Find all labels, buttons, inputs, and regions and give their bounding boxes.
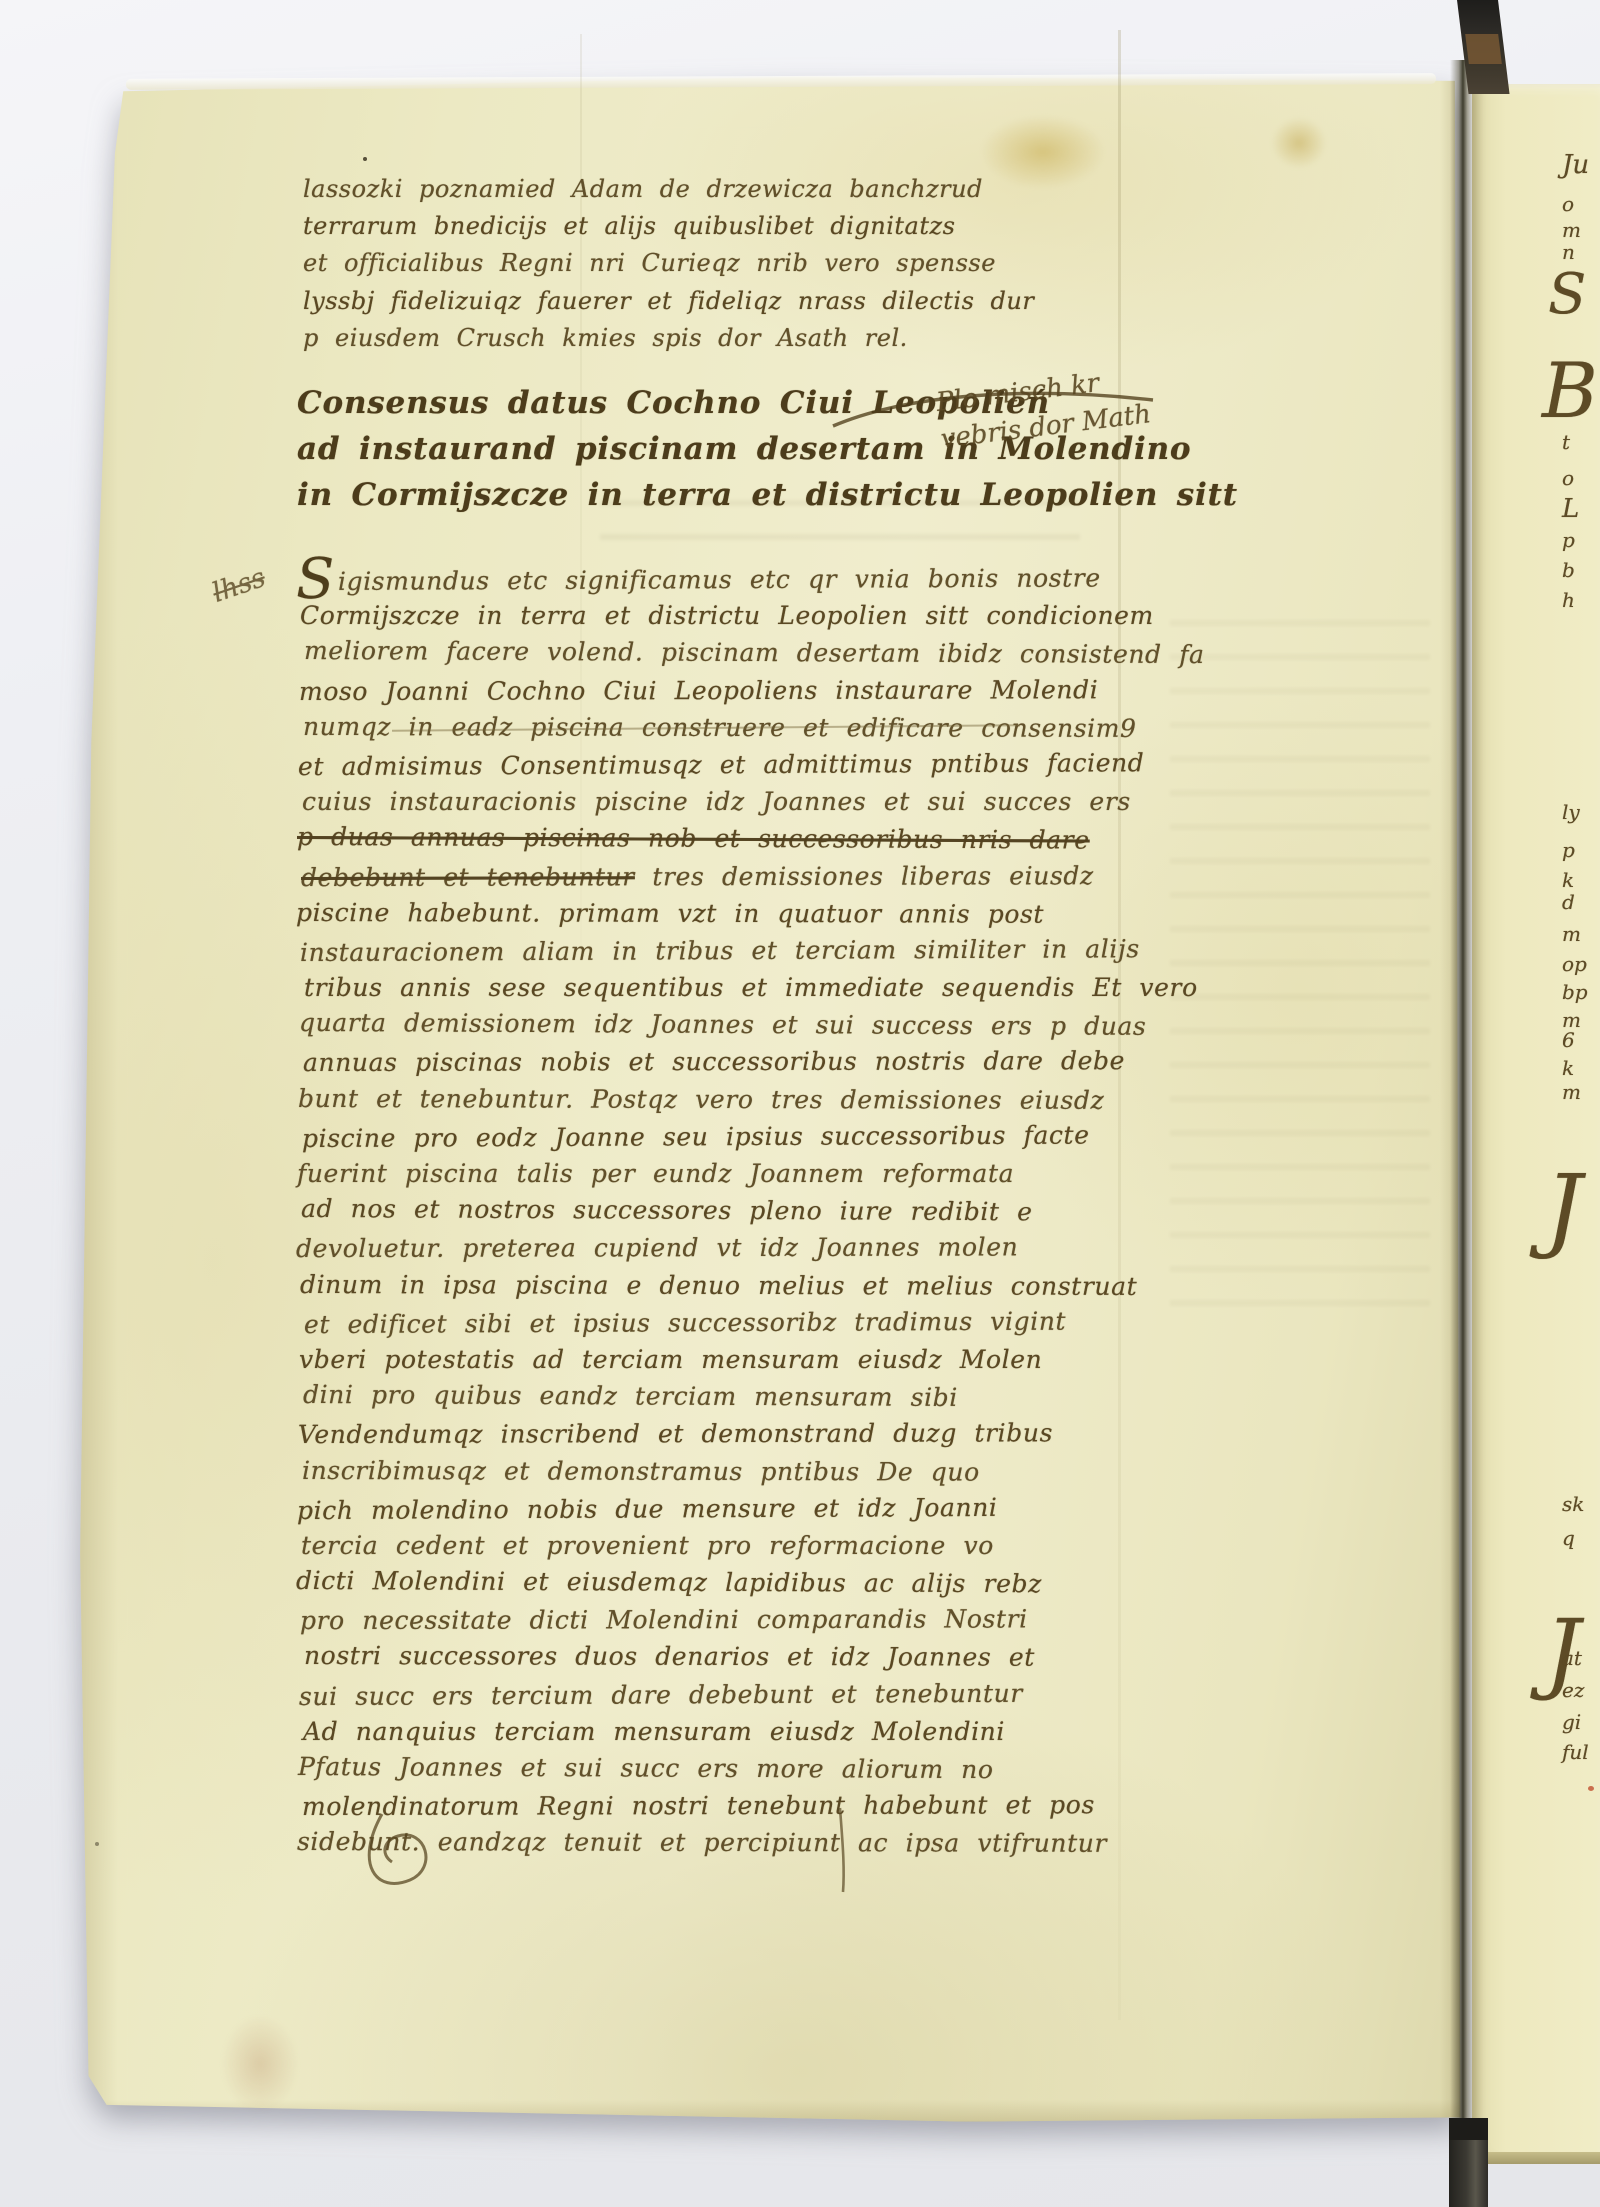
manuscript-line: nostri successores duos denarios et idz … xyxy=(304,1637,1205,1676)
manuscript-line: Pfatus Joannes et sui succ ers more alio… xyxy=(298,1748,1199,1789)
page-edge-text-fragment: 6 xyxy=(1562,1028,1575,1052)
line-text: fuerint piscina talis per eundz Joannem … xyxy=(297,1159,1014,1188)
page-edge-text-fragment: at xyxy=(1562,1646,1582,1670)
line-text: dinum in ipsa piscina e denuo melius et … xyxy=(300,1270,1137,1301)
page-edge-text-fragment: o xyxy=(1562,192,1574,216)
page-edge-text-fragment: ly xyxy=(1562,800,1580,824)
line-text: nostri successores duos denarios et idz … xyxy=(304,1641,1035,1672)
manuscript-line: instauracionem aliam in tribus et tercia… xyxy=(300,930,1201,971)
binding-gutter xyxy=(1450,60,1474,2132)
struck-through-text: p duas annuas piscinas nob et successori… xyxy=(297,822,1090,855)
line-text: piscine pro eodz Joanne seu ipsius succe… xyxy=(302,1120,1090,1153)
page-edge-text-fragment: m xyxy=(1562,922,1581,946)
line-text: et edificet sibi et ipsius successoribz … xyxy=(304,1306,1066,1338)
page-edge-text-fragment: n xyxy=(1562,240,1575,264)
show-through-ghost xyxy=(1170,620,1430,1320)
manuscript-line: Vendendumqz inscribend et demonstrand du… xyxy=(298,1414,1199,1453)
line-text: instauracionem aliam in tribus et tercia… xyxy=(300,934,1140,967)
line-text: bunt et tenebuntur. Postqz vero tres dem… xyxy=(298,1084,1104,1115)
page-edge-text-fragment: B xyxy=(1542,346,1598,435)
manuscript-line: tribus annis sese sequentibus et immedia… xyxy=(304,969,1205,1006)
manuscript-line: Ad nanquius terciam mensuram eiusdz Mole… xyxy=(303,1713,1204,1750)
line-text: sui succ ers tercium dare debebunt et te… xyxy=(299,1678,1023,1710)
manuscript-line: debebunt et tenebuntur tres demissiones … xyxy=(301,856,1202,895)
line-text: vberi potestatis ad terciam mensuram eiu… xyxy=(299,1345,1042,1374)
manuscript-line: vberi potestatis ad terciam mensuram eiu… xyxy=(299,1341,1200,1378)
manuscript-line: p duas annuas piscinas nob et successori… xyxy=(297,818,1198,859)
line-text: dini pro quibus eandz terciam mensuram s… xyxy=(303,1380,958,1412)
page-edge-text-fragment: ez xyxy=(1562,1678,1584,1702)
manuscript-line: inscribimusqz et demonstramus pntibus De… xyxy=(302,1451,1203,1490)
line-text: ad nos et nostros successores pleno iure… xyxy=(301,1194,1033,1226)
page-edge-text-fragment: sk xyxy=(1562,1492,1584,1516)
manuscript-line: tercia cedent et provenient pro reformac… xyxy=(301,1527,1202,1564)
page-edge-text-fragment: q xyxy=(1562,1526,1575,1550)
page-edge-text-fragment: p xyxy=(1562,528,1575,552)
page-edge-text-fragment: J xyxy=(1545,1155,1582,1262)
manuscript-line: et officialibus Regni nri Curieqz nrib v… xyxy=(303,244,1034,281)
manuscript-line: cuius instauracionis piscine idz Joannes… xyxy=(302,783,1203,820)
manuscript-scan: { "document": { "kind_label": "handwritt… xyxy=(0,0,1600,2207)
binding-rod-cap xyxy=(1449,2118,1488,2140)
manuscript-line: lassozki poznamied Adam de drzewicza ban… xyxy=(303,170,1034,207)
page-edge-text-fragment: o xyxy=(1562,466,1574,490)
page-edge-text-fragment: p xyxy=(1562,838,1575,862)
manuscript-line: dicti Molendini et eiusdemqz lapidibus a… xyxy=(296,1562,1197,1603)
line-text: meliorem facere volend. piscinam deserta… xyxy=(304,636,1205,669)
smudge-stain-bottom xyxy=(222,2016,298,2112)
binding-rod-bottom xyxy=(1449,2118,1488,2207)
ink-speck xyxy=(95,1842,99,1846)
page-edge-text-fragment: op xyxy=(1562,952,1587,976)
manuscript-line: sidebunt. eandzqz tenuit et percipiunt a… xyxy=(297,1823,1198,1862)
manuscript-line: lyssbj fidelizuiqz fauerer et fideliqz n… xyxy=(303,282,1034,319)
line-text: igismundus etc significamus etc qr vnia … xyxy=(338,563,1101,595)
ink-speck xyxy=(363,157,367,161)
line-text: Pfatus Joannes et sui succ ers more alio… xyxy=(298,1752,994,1784)
manuscript-line: fuerint piscina talis per eundz Joannem … xyxy=(297,1155,1198,1192)
page-edge-text-fragment: t xyxy=(1562,430,1570,454)
line-text: Cormijszcze in terra et districtu Leopol… xyxy=(300,601,1154,630)
page-edge-text-fragment: L xyxy=(1562,494,1579,524)
page-edge-text-fragment: gi xyxy=(1562,1710,1581,1734)
manuscript-line: meliorem facere volend. piscinam deserta… xyxy=(304,632,1205,673)
manuscript-line: quarta demissionem idz Joannes et sui su… xyxy=(299,1004,1200,1045)
line-text: et admisimus Consentimusqz et admittimus… xyxy=(298,748,1144,781)
line-text: devoluetur. preterea cupiend vt idz Joan… xyxy=(296,1233,1018,1264)
page-edge-text-fragment: S xyxy=(1548,262,1586,327)
manuscript-line: pro necessitate dicti Molendini comparan… xyxy=(300,1600,1201,1639)
page-edge-text-fragment: Ju xyxy=(1562,150,1589,180)
page-edge-text-fragment: d xyxy=(1562,890,1575,914)
line-text: tres demissiones liberas eiusdz xyxy=(635,861,1094,891)
manuscript-line: molendinatorum Regni nostri tenebunt hab… xyxy=(302,1786,1203,1825)
page-edge-text-fragment: h xyxy=(1562,588,1575,612)
flourished-initial: S xyxy=(296,570,335,590)
line-text: piscine habebunt. primam vzt in quatuor … xyxy=(296,898,1044,929)
red-ink-dot xyxy=(1588,1786,1594,1791)
line-text: pich molendino nobis due mensure et idz … xyxy=(297,1493,998,1525)
manuscript-line: et admisimus Consentimusqz et admittimus… xyxy=(298,744,1199,785)
line-text: pro necessitate dicti Molendini comparan… xyxy=(300,1605,1028,1636)
line-text: molendinatorum Regni nostri tenebunt hab… xyxy=(302,1790,1095,1821)
struck-through-text: debebunt et tenebuntur xyxy=(301,862,635,892)
page-edge-text-fragment: m xyxy=(1562,1080,1581,1104)
foxing-stain-small xyxy=(1272,118,1326,168)
manuscript-line: et edificet sibi et ipsius successoribz … xyxy=(304,1302,1205,1343)
line-text: sidebunt. eandzqz tenuit et percipiunt a… xyxy=(297,1827,1107,1858)
line-text: quarta demissionem idz Joannes et sui su… xyxy=(299,1008,1147,1041)
manuscript-line: terrarum bnedicijs et alijs quibuslibet … xyxy=(303,207,1034,244)
manuscript-line: Sigismundus etc significamus etc qr vnia… xyxy=(296,558,1197,599)
line-text: Vendendumqz inscribend et demonstrand du… xyxy=(298,1419,1053,1450)
page-bottom-fore-edge xyxy=(102,2121,1462,2134)
line-text: moso Joanni Cochno Ciui Leopoliens insta… xyxy=(299,675,1098,706)
manuscript-line: piscine pro eodz Joanne seu ipsius succe… xyxy=(302,1116,1203,1157)
manuscript-line: devoluetur. preterea cupiend vt idz Joan… xyxy=(296,1228,1197,1267)
manuscript-line: p eiusdem Crusch kmies spis dor Asath re… xyxy=(303,319,1034,356)
upper-text-block: lassozki poznamied Adam de drzewicza ban… xyxy=(303,170,1034,356)
line-text: tercia cedent et provenient pro reformac… xyxy=(301,1531,994,1560)
page-edge-text-fragment: bp xyxy=(1562,980,1588,1004)
manuscript-line: ad nos et nostros successores pleno iure… xyxy=(301,1190,1202,1231)
line-text: tribus annis sese sequentibus et immedia… xyxy=(304,973,1198,1002)
line-text: cuius instauracionis piscine idz Joannes… xyxy=(302,787,1131,816)
manuscript-line: annuas piscinas nobis et successoribus n… xyxy=(303,1042,1204,1081)
manuscript-line: dini pro quibus eandz terciam mensuram s… xyxy=(303,1376,1204,1417)
line-text: inscribimusqz et demonstramus pntibus De… xyxy=(302,1455,980,1486)
manuscript-line: dinum in ipsa piscina e denuo melius et … xyxy=(300,1266,1201,1305)
line-text: annuas piscinas nobis et successoribus n… xyxy=(303,1047,1125,1078)
page-edge-text-fragment: m xyxy=(1562,218,1581,242)
line-text: Ad nanquius terciam mensuram eiusdz Mole… xyxy=(303,1717,1005,1746)
page-edge-text-fragment: ful xyxy=(1562,1740,1589,1764)
manuscript-line: pich molendino nobis due mensure et idz … xyxy=(297,1488,1198,1529)
manuscript-line: sui succ ers tercium dare debebunt et te… xyxy=(299,1674,1200,1715)
page-edge-text-fragment: b xyxy=(1562,558,1575,582)
page-edge-text-fragment: k xyxy=(1562,1056,1574,1080)
manuscript-line: bunt et tenebuntur. Postqz vero tres dem… xyxy=(298,1080,1199,1119)
heading-line: in Cormijszcze in terra et districtu Leo… xyxy=(297,472,1238,518)
manuscript-line: Cormijszcze in terra et districtu Leopol… xyxy=(300,597,1201,634)
manuscript-line: piscine habebunt. primam vzt in quatuor … xyxy=(296,894,1197,933)
main-body-text: Sigismundus etc significamus etc qr vnia… xyxy=(300,560,1201,1862)
line-text: dicti Molendini et eiusdemqz lapidibus a… xyxy=(296,1566,1042,1598)
manuscript-line: moso Joanni Cochno Ciui Leopoliens insta… xyxy=(299,671,1200,710)
binding-rod-leather-patch xyxy=(1465,34,1502,64)
page-edge-text-fragment: k xyxy=(1562,868,1574,892)
next-page-bottom-edge xyxy=(1472,2152,1600,2164)
